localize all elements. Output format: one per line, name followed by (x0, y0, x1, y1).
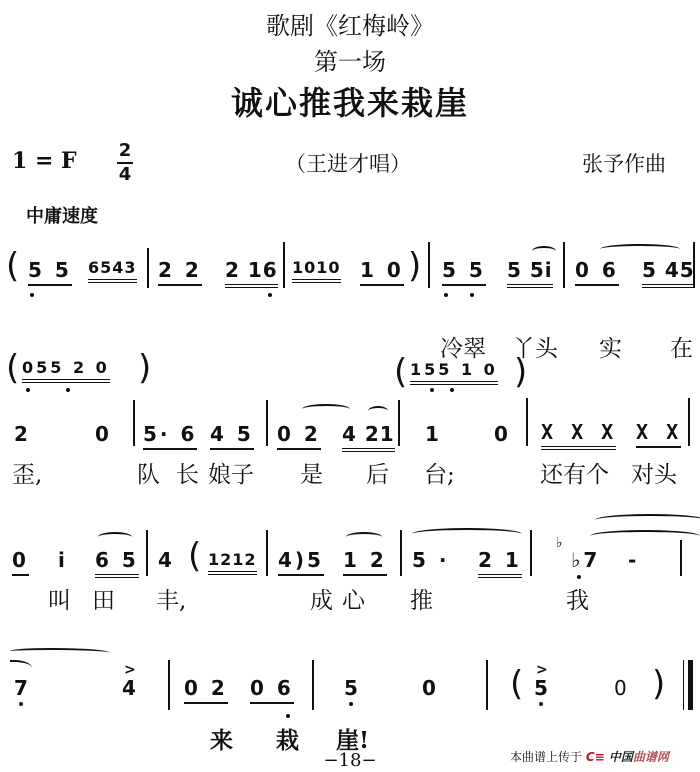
note: 0 (614, 676, 630, 700)
note-group: 4 21 (342, 422, 395, 452)
lyric: 丰, (156, 582, 186, 615)
lyric: 叫 (48, 582, 71, 615)
note-group: 5 5 (442, 258, 486, 286)
note: ♭7 (571, 548, 600, 572)
lyric: 成 (310, 582, 333, 615)
note-group: 0 2 (277, 422, 321, 450)
note: 4 (158, 548, 175, 572)
note: 1 (425, 422, 442, 446)
lyric: 长 (176, 456, 199, 489)
accompaniment: 155 1 0 (410, 360, 498, 385)
watermark-text: 本曲谱上传于 (510, 750, 582, 764)
time-signature-bottom: 4 (117, 166, 133, 184)
note: 0 (12, 548, 29, 576)
note: 5 (534, 676, 551, 700)
note: 5 (344, 676, 361, 700)
logo-icon: C≡ (586, 750, 609, 764)
note-group: 1 0 (360, 258, 404, 286)
note: i (58, 548, 68, 572)
lyric: 推 (410, 582, 433, 615)
note: 0 (422, 676, 439, 700)
watermark: 本曲谱上传于 C≡ 中国曲谱网 (510, 748, 669, 765)
flat-icon: ♭ (556, 535, 566, 551)
lyric: 心 (342, 582, 365, 615)
note-group: 1010 (292, 258, 341, 283)
lyric: 对头 (631, 456, 677, 489)
lyric: 是 (300, 456, 323, 489)
tempo-marking: 中庸速度 (26, 202, 98, 228)
note: 2 (14, 422, 31, 446)
song-title: 诚心推我来栽崖 (0, 78, 700, 124)
note: 4 (122, 676, 139, 700)
note-group: X X X (541, 420, 616, 450)
note-extension: - (628, 548, 639, 572)
note: 0 (95, 422, 112, 446)
note: 7 (14, 676, 31, 700)
note-group: 2 1 (478, 548, 522, 578)
singer-credit: （王进才唱） (285, 148, 411, 178)
time-signature-top: 2 (117, 142, 133, 160)
note-group: 5 5 (28, 258, 72, 286)
note-group: 0 6 (575, 258, 619, 286)
note-group: 2 16 (225, 258, 278, 288)
lyric: 冷翠 (440, 330, 486, 363)
lyric: 娘子 (208, 456, 254, 489)
note-group: 5· 6 (143, 422, 197, 450)
note-group: 6543 (88, 258, 137, 283)
note-group: X X (636, 420, 681, 448)
scene-title: 第一场 (0, 42, 700, 77)
lyric: 歪, (12, 456, 42, 489)
watermark-logo-b: 曲谱网 (633, 750, 669, 764)
accompaniment: 055 2 0 (22, 358, 110, 383)
lyric: 在 (670, 330, 693, 363)
lyric: 田 (92, 582, 115, 615)
note-group: 1 2 (343, 548, 387, 576)
lyric: 台; (424, 456, 455, 489)
composer-credit: 张予作曲 (582, 148, 666, 178)
lyric: 我 (566, 582, 589, 615)
note-group: 0 6 (250, 676, 294, 704)
open-paren: ( (6, 246, 19, 286)
note: 0 (494, 422, 511, 446)
time-signature: 2 4 (117, 142, 133, 184)
lyric: 实 (599, 330, 622, 363)
note-group: 2 2 (158, 258, 202, 286)
note-group: 5 · (412, 548, 449, 572)
lyric: 还有个 (540, 456, 609, 489)
note-group: 4 5 (210, 422, 254, 450)
note-group: 4)5 (278, 548, 324, 576)
watermark-logo-a: 中国 (609, 750, 633, 764)
note-group: 0 2 (184, 676, 228, 704)
note-group: 6 5 (95, 548, 139, 578)
key-signature: 1 = F (12, 148, 77, 174)
note-group: 5 5i (507, 258, 553, 288)
opera-title: 歌剧《红梅岭》 (0, 6, 700, 41)
lyric: 队 (137, 456, 160, 489)
note-group: 1212 (208, 550, 257, 575)
lyric: 后 (366, 456, 389, 489)
note-group: 5 45 (642, 258, 695, 288)
